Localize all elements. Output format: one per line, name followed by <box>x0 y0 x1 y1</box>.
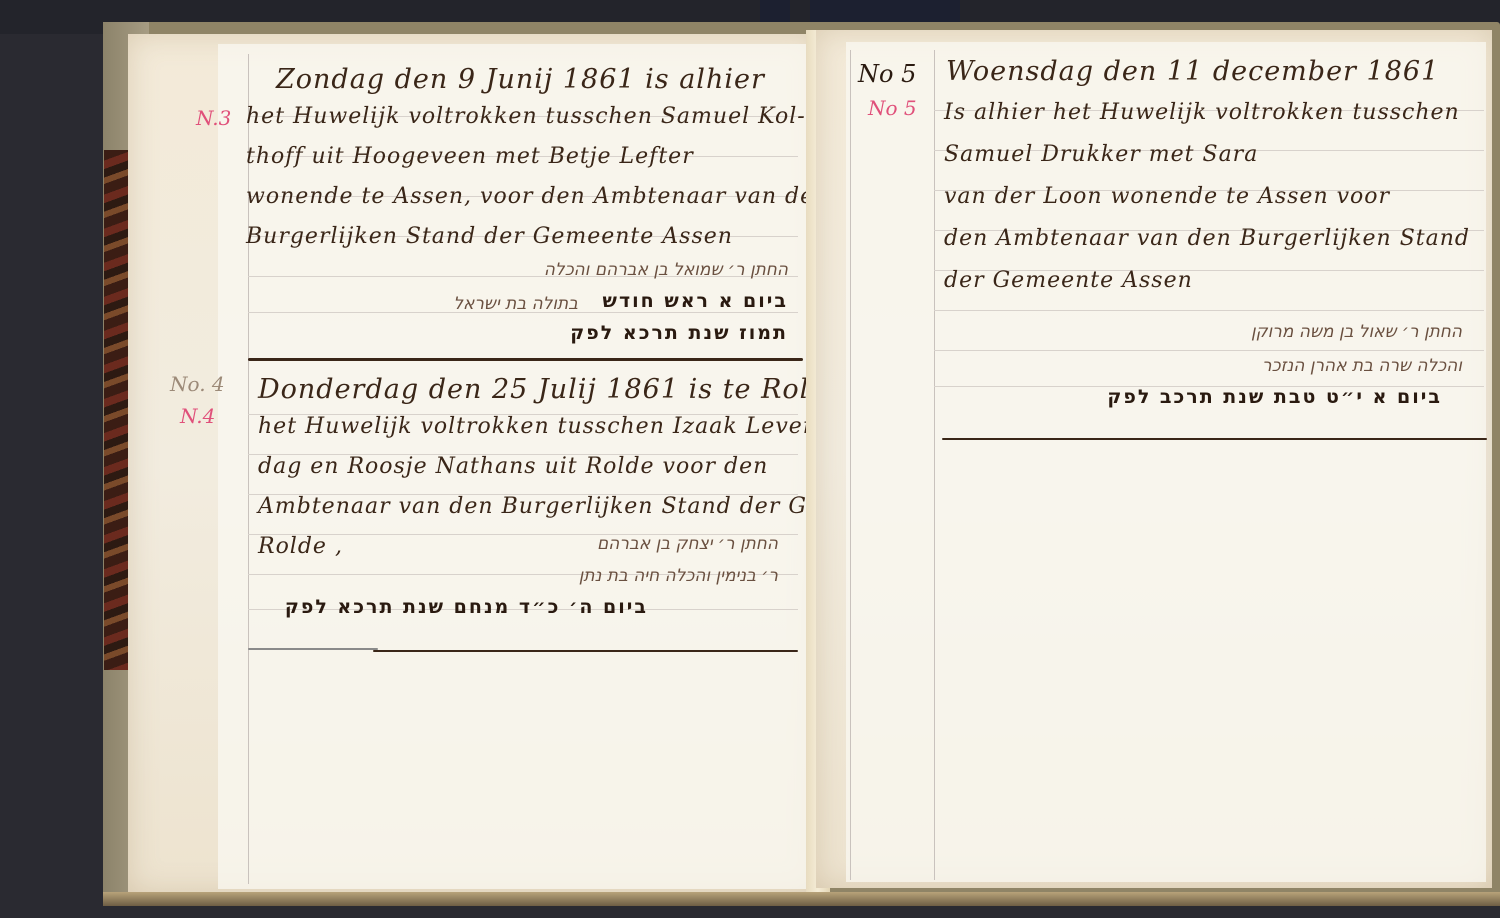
left-page: N.3 Zondag den 9 Junij 1861 is alhier he… <box>128 34 818 894</box>
entry-text-line: Zondag den 9 Junij 1861 is alhier <box>276 64 765 95</box>
hebrew-cursive-line: החתן ר׳ שאול בן משה מרוקן <box>1251 322 1462 342</box>
hebrew-cursive-line: והכלה שרה בת אהרן הנזכר <box>1262 356 1462 376</box>
entry-text-line: van der Loon wonende te Assen voor <box>944 184 1390 209</box>
entry-text-line: Rolde , <box>258 534 343 559</box>
entry-number-ink: No 5 <box>858 60 916 88</box>
margin-rule <box>248 54 249 884</box>
entry-divider <box>373 650 798 652</box>
entry-text-line: Is alhier het Huwelijk voltrokken tussch… <box>944 100 1460 125</box>
right-page: No 5 No 5 Woensdag den 11 december 1861 … <box>816 30 1492 888</box>
entry-text-line: Burgerlijken Stand der Gemeente Assen <box>246 224 733 249</box>
entry-text-line: den Ambtenaar van den Burgerlijken Stand <box>944 226 1470 251</box>
hebrew-cursive-line: החתן ר׳ שמואל בן אברהם והכלה <box>544 260 788 280</box>
hebrew-print-line: ביום א ראש חודש <box>603 290 788 312</box>
marbled-cover-edge <box>104 150 128 670</box>
entry-number-ink: No. 4 <box>170 372 225 396</box>
ruled-line <box>934 350 1484 351</box>
hebrew-cursive-line: החתן ר׳ יצחק בן אברהם <box>597 534 778 554</box>
entry-number-red: No 5 <box>868 96 917 120</box>
hebrew-print-line: ביום ה׳ כ״ד מנחם שנת תרכא לפק <box>285 596 648 618</box>
entry-text-line: wonende te Assen, voor den Ambtenaar van… <box>246 184 829 209</box>
entry-text-line: der Gemeente Assen <box>944 268 1193 293</box>
entry-divider-faint <box>248 648 378 650</box>
entry-divider <box>248 358 803 361</box>
entry-number-red: N.4 <box>180 404 215 428</box>
entry-text-line: thoff uit Hoogeveen met Betje Lefter <box>246 144 694 169</box>
margin-rule <box>934 50 935 880</box>
pasted-sheet <box>846 42 1486 882</box>
hebrew-cursive-line: ר׳ בנימין והכלה חיה בת נתן <box>579 566 778 586</box>
hebrew-print-line: ביום א י״ט טבת שנת תרכב לפק <box>1107 386 1442 408</box>
entry-text-line: het Huwelijk voltrokken tusschen Izaak L… <box>258 414 826 439</box>
book-bottom-edge <box>103 892 1500 906</box>
ruled-line <box>934 310 1484 311</box>
hebrew-cursive-line: בתולה בת ישראל <box>453 294 578 314</box>
entry-text-line: Woensdag den 11 december 1861 <box>946 56 1439 87</box>
entry-text-line: Donderdag den 25 Julij 1861 is te Rolde <box>258 374 845 405</box>
entry-text-line: dag en Roosje Nathans uit Rolde voor den <box>258 454 768 479</box>
margin-rule <box>850 50 851 880</box>
entry-text-line: Samuel Drukker met Sara <box>944 142 1258 167</box>
hebrew-print-line: תמוז שנת תרכא לפק <box>570 322 788 344</box>
entry-number-red: N.3 <box>196 106 231 130</box>
entry-divider <box>942 438 1487 440</box>
entry-text-line: het Huwelijk voltrokken tusschen Samuel … <box>246 104 806 129</box>
